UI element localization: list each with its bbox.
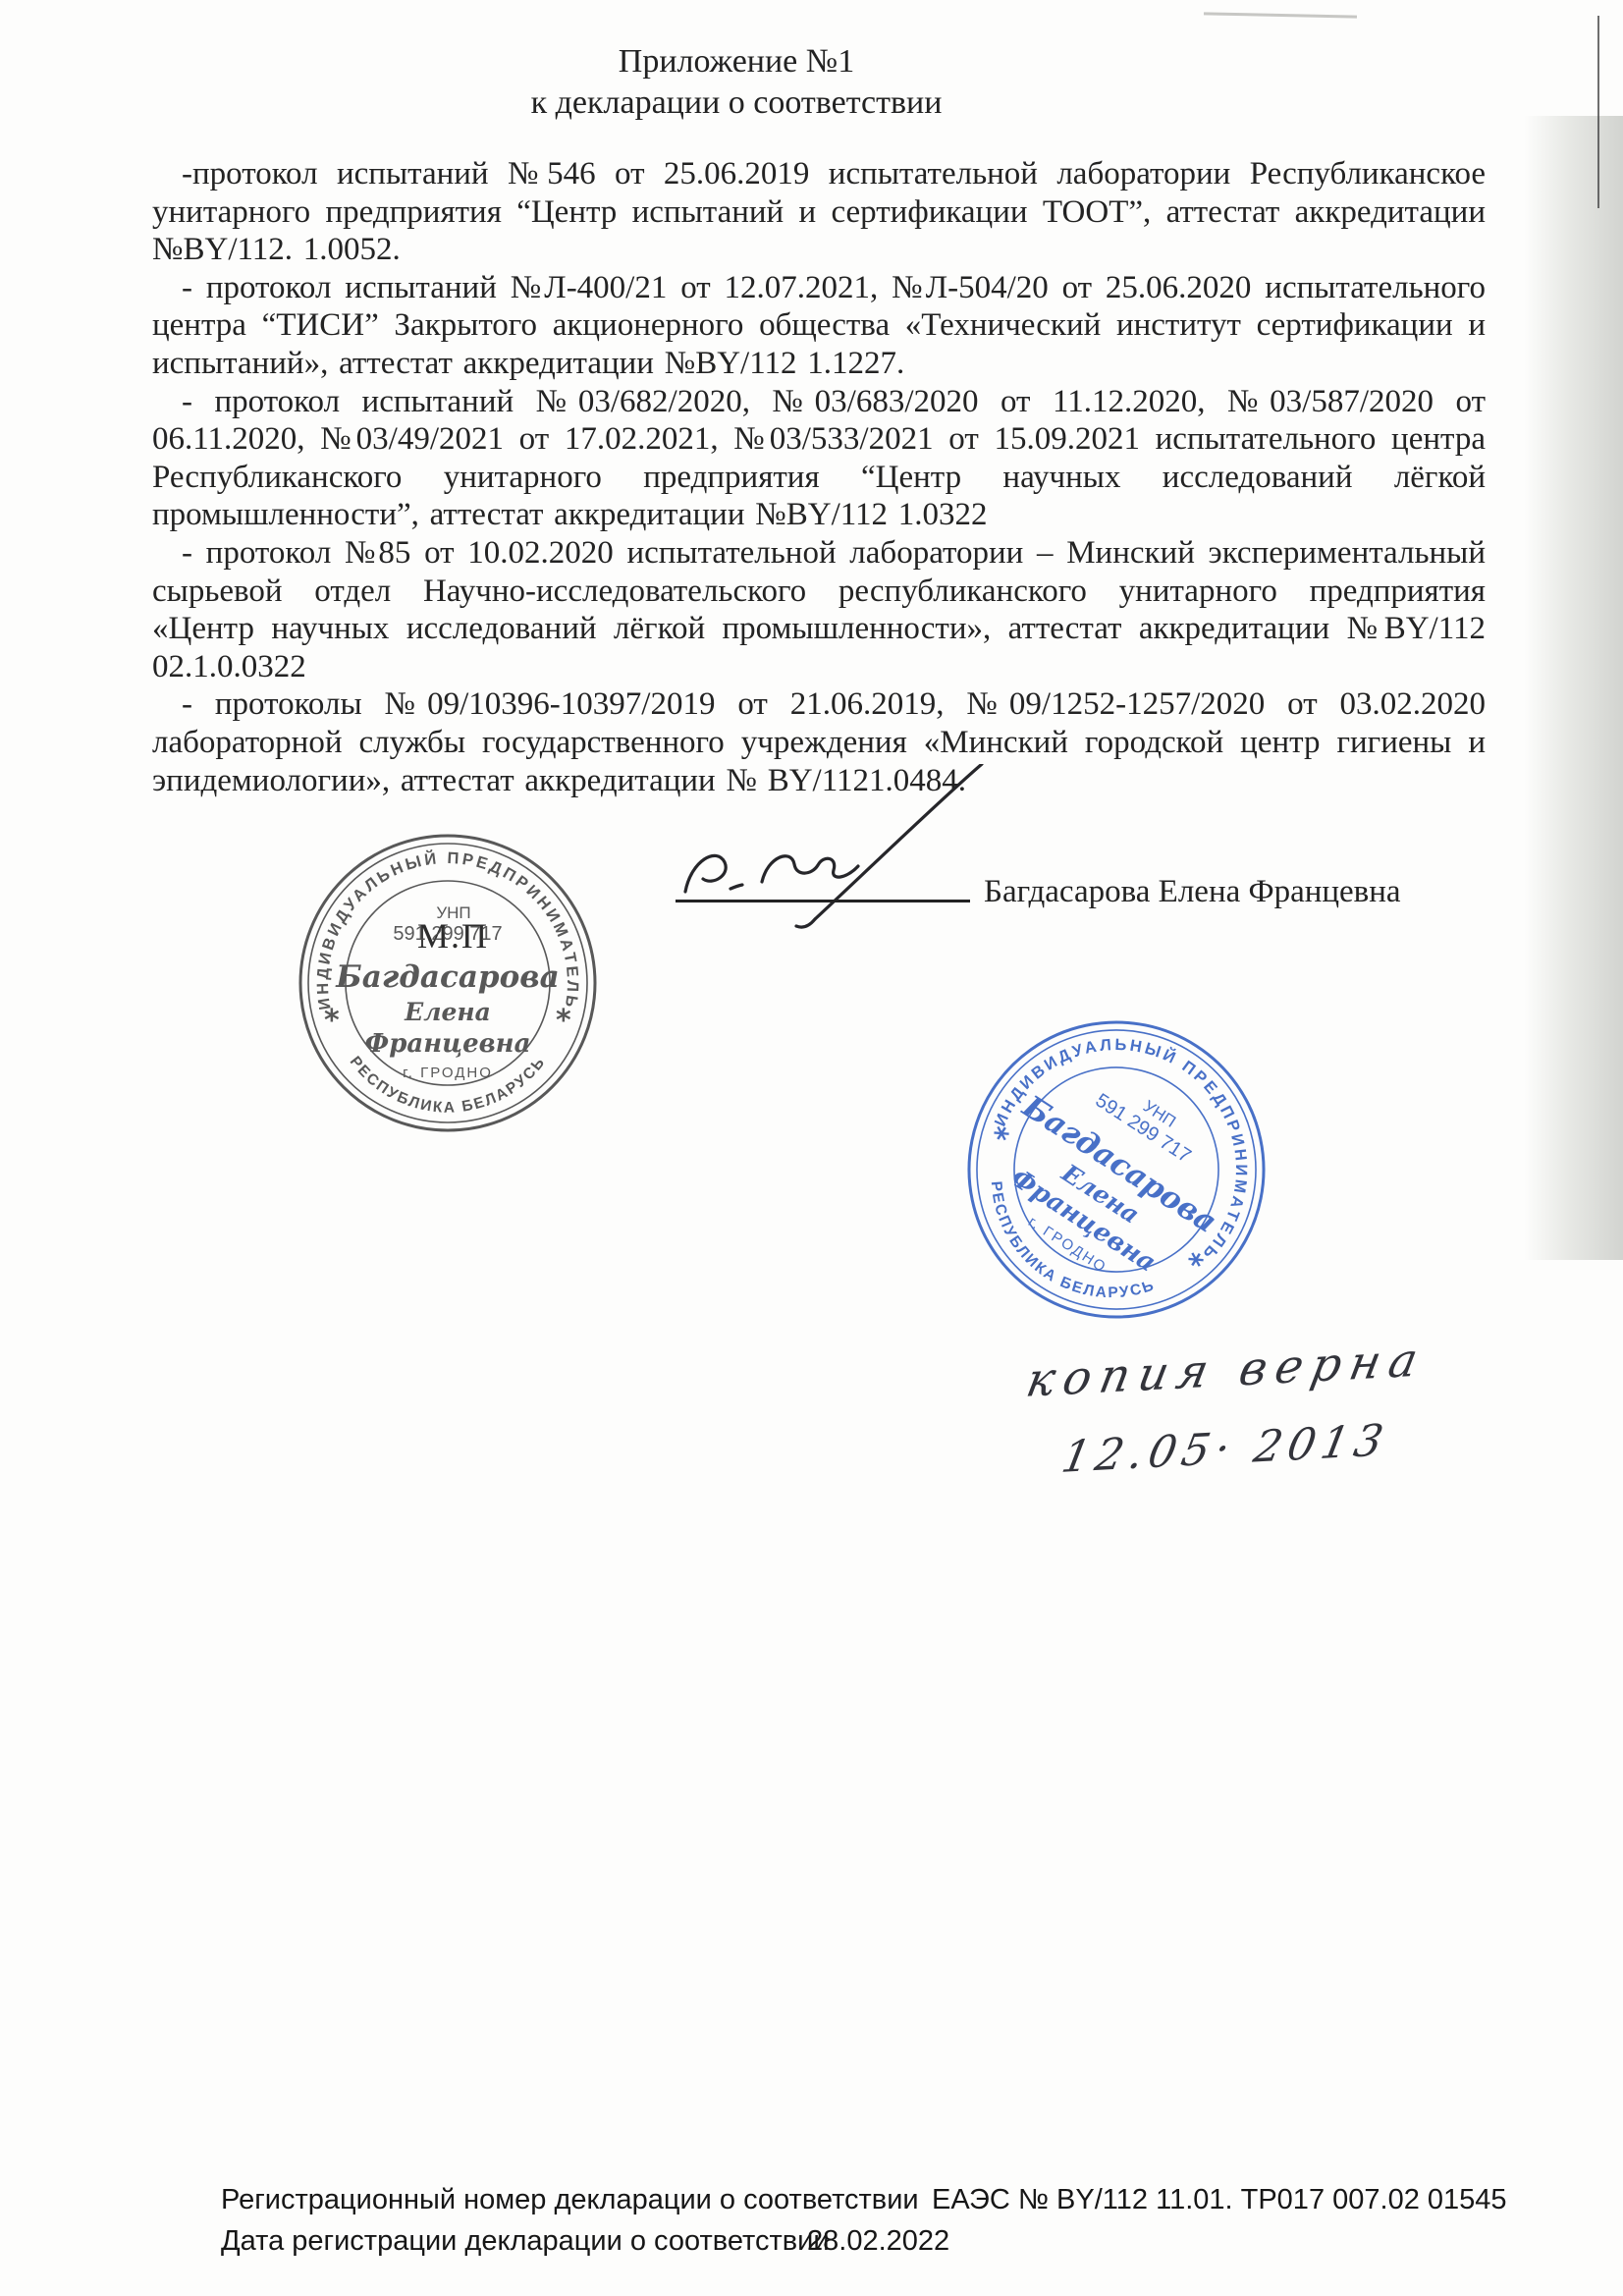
stamp-name-line1: Багдасарова — [335, 959, 559, 995]
scanned-document-page: Приложение №1 к декларации о соответстви… — [0, 0, 1623, 2296]
paragraph-protocol-4: - протокол №85 от 10.02.2020 испытательн… — [152, 534, 1486, 685]
document-title: Приложение №1 к декларации о соответстви… — [0, 41, 1473, 124]
round-stamp-blue: ИНДИВИДУАЛЬНЫЙ ПРЕДПРИНИМАТЕЛЬ РЕСПУБЛИК… — [897, 951, 1334, 1388]
reg-date-value: 28.02.2022 — [807, 2225, 949, 2258]
document-body: -протокол испытаний №546 от 25.06.2019 и… — [152, 155, 1486, 799]
scan-edge-line — [1597, 16, 1599, 208]
paragraph-protocol-2: - протокол испытаний №Л-400/21 от 12.07.… — [152, 269, 1486, 383]
signatory-name: Багдасарова Елена Францевна — [984, 874, 1401, 910]
stamp-star-right: * — [556, 1004, 571, 1038]
stamp-star-left: * — [324, 1004, 340, 1038]
round-stamp-black: ИНДИВИДУАЛЬНЫЙ ПРЕДПРИНИМАТЕЛЬ РЕСПУБЛИК… — [290, 825, 606, 1141]
stamp-unp-label: УНП — [436, 903, 470, 922]
reg-number-label: Регистрационный номер декларации о соотв… — [221, 2184, 919, 2216]
signature-line — [676, 900, 970, 902]
handwritten-signature — [668, 764, 998, 947]
title-line-2: к декларации о соответствии — [0, 82, 1473, 124]
stamp-city: г. ГРОДНО — [403, 1065, 493, 1081]
stamp-star-left: * — [983, 1120, 1014, 1157]
stamp-name-line3: Францевна — [365, 1029, 531, 1059]
reg-number-value: ЕАЭС № BY/112 11.01. ТР017 007.02 01545 — [932, 2184, 1507, 2216]
handwritten-copy-date: 12.05· 2013 — [1057, 1415, 1392, 1483]
title-line-1: Приложение №1 — [0, 41, 1473, 82]
paragraph-protocol-3: - протокол испытаний №03/682/2020, №03/6… — [152, 383, 1486, 534]
handwritten-copy-note: копия верна — [1022, 1333, 1431, 1408]
reg-date-label: Дата регистрации декларации о соответств… — [221, 2225, 830, 2258]
stamp-name-line2: Елена — [404, 998, 491, 1026]
stamp-unp-number: 591 299 717 — [393, 923, 502, 945]
scan-top-artifact — [1204, 12, 1357, 18]
paragraph-protocol-1: -протокол испытаний №546 от 25.06.2019 и… — [152, 155, 1486, 269]
scan-shadow-band — [1524, 116, 1623, 1260]
